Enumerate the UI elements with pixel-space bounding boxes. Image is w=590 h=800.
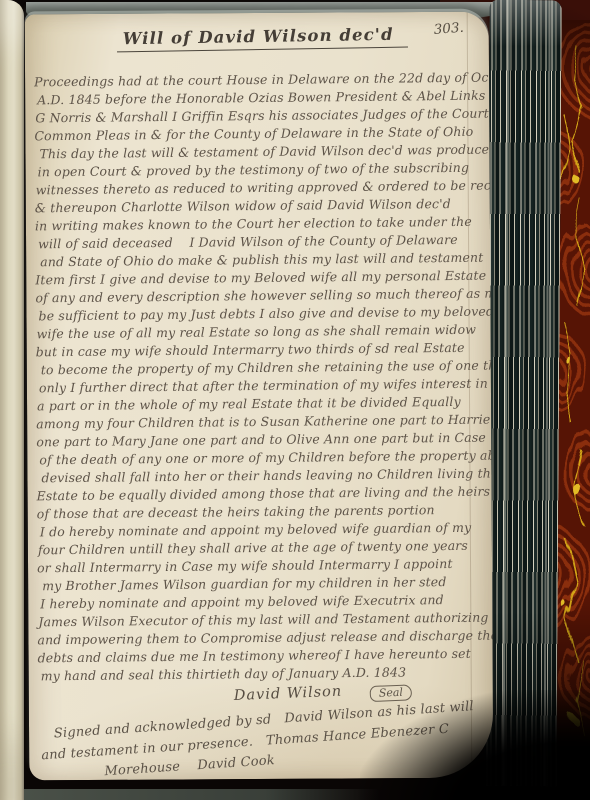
scanner-bed-sliver — [0, 789, 380, 800]
will-body: Proceedings had at the court House in De… — [34, 70, 493, 685]
page-title: Will of David Wilson dec'd — [117, 25, 408, 53]
page-header: Will of David Wilson dec'd 303. — [25, 12, 489, 61]
scanned-book-photo: Will of David Wilson dec'd 303. Proceedi… — [0, 0, 590, 800]
testator-signature: David Wilson — [234, 684, 343, 704]
body-line: my hand and seal this thirtieth day of J… — [38, 663, 493, 686]
book-fore-edge-pages — [484, 0, 561, 786]
page-number: 303. — [433, 20, 464, 38]
bottom-right-shadow — [360, 690, 590, 800]
marble-pattern-graphic — [556, 20, 590, 746]
marbled-cover-edge — [556, 20, 590, 746]
manuscript-page: Will of David Wilson dec'd 303. Proceedi… — [25, 12, 494, 781]
left-page-edge-strip — [0, 0, 24, 800]
